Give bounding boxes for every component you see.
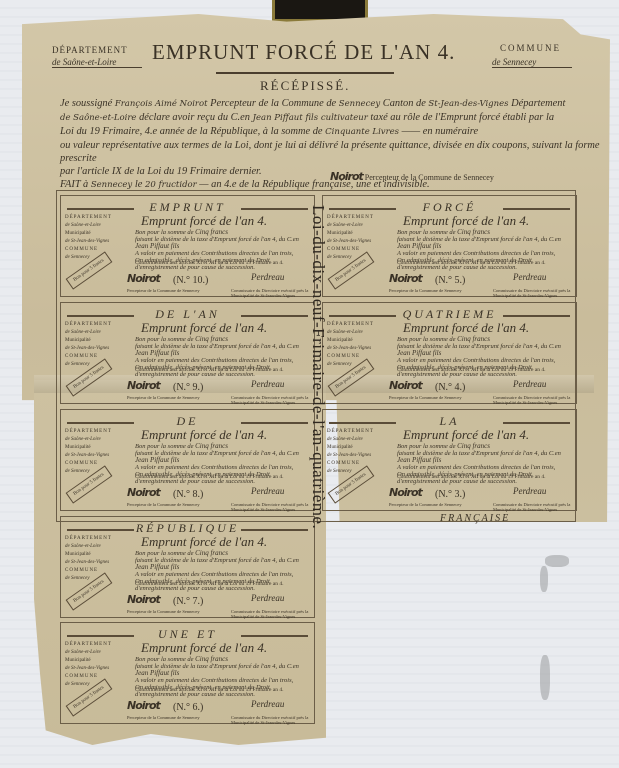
coupon-footer-left: Percepteur de la Commune de Sennecey xyxy=(127,609,200,614)
document-title: EMPRUNT FORCÉ DE L'AN 4. xyxy=(152,40,455,65)
coupon-footer-right: Commissaire du Directoire exécutif près … xyxy=(231,502,314,512)
document-subtitle: RÉCÉPISSÉ. xyxy=(260,78,350,94)
coupon-number: (N.° 4.) xyxy=(435,382,465,393)
coupon-commissioner-signature: Perdreau xyxy=(251,593,284,603)
coupon: DE Emprunt forcé de l'an 4. DÉPARTEMENTd… xyxy=(60,409,315,511)
coupon-location: DÉPARTEMENTde Saône-et-Loire Municipalit… xyxy=(65,214,129,262)
departement-label: DÉPARTEMENT xyxy=(52,45,128,55)
coupon-number: (N.° 6.) xyxy=(173,702,203,713)
coupon-title: Emprunt forcé de l'an 4. xyxy=(141,320,267,336)
coupon: QUATRIEME Emprunt forcé de l'an 4. DÉPAR… xyxy=(322,302,577,404)
coupon-location: DÉPARTEMENTde Saône-et-Loire Municipalit… xyxy=(65,535,129,583)
coupon: UNE ET Emprunt forcé de l'an 4. DÉPARTEM… xyxy=(60,622,315,724)
coupon-law-ref: Conformément aux articles XI et XII de l… xyxy=(135,474,283,480)
coupon-footer-right: Commissaire du Directoire exécutif près … xyxy=(231,609,314,619)
coupon-commissioner-signature: Perdreau xyxy=(251,486,284,496)
coupon-commissioner-signature: Perdreau xyxy=(513,486,546,496)
coupon-number: (N.° 8.) xyxy=(173,489,203,500)
coupon-footer-left: Percepteur de la Commune de Sennecey xyxy=(389,395,462,400)
coupon-collector-signature: Noirot xyxy=(127,379,160,392)
coupon-title: Emprunt forcé de l'an 4. xyxy=(403,213,529,229)
coupon-collector-signature: Noirot xyxy=(389,486,422,499)
coupon-footer-left: Percepteur de la Commune de Sennecey xyxy=(127,395,200,400)
coupon-collector-signature: Noirot xyxy=(127,486,160,499)
collector-signature: Noirot xyxy=(330,170,363,183)
coupon: RÉPUBLIQUE Emprunt forcé de l'an 4. DÉPA… xyxy=(60,516,315,618)
coupon-number: (N.° 9.) xyxy=(173,382,203,393)
coupon-title: Emprunt forcé de l'an 4. xyxy=(141,213,267,229)
coupon-collector-signature: Noirot xyxy=(127,699,160,712)
coupon-footer-left: Percepteur de la Commune de Sennecey xyxy=(127,715,200,720)
coupon-title: Emprunt forcé de l'an 4. xyxy=(403,427,529,443)
coupon-location: DÉPARTEMENTde Saône-et-Loire Municipalit… xyxy=(327,214,391,262)
partial-band-label: FRANÇAISE xyxy=(440,513,510,524)
coupon-law-ref: Conformément aux articles XI et XII de l… xyxy=(397,367,545,373)
stain-mark xyxy=(540,655,550,700)
coupon-collector-signature: Noirot xyxy=(389,272,422,285)
coupon-law-ref: Conformément aux articles XI et XII de l… xyxy=(397,260,545,266)
coupon-footer-right: Commissaire du Directoire exécutif près … xyxy=(493,288,576,298)
coupon-law-ref: Conformément aux articles XI et XII de l… xyxy=(135,260,283,266)
collector-signature-line: Noirot Percepteur de la Commune de Senne… xyxy=(330,170,494,183)
departement-handwritten: de Saône-et-Loire xyxy=(52,57,142,68)
coupon-location: DÉPARTEMENTde Saône-et-Loire Municipalit… xyxy=(327,321,391,369)
coupon-title: Emprunt forcé de l'an 4. xyxy=(141,534,267,550)
coupon-commissioner-signature: Perdreau xyxy=(513,272,546,282)
coupon-title: Emprunt forcé de l'an 4. xyxy=(141,427,267,443)
coupon-commissioner-signature: Perdreau xyxy=(513,379,546,389)
coupon: FORCÉ Emprunt forcé de l'an 4. DÉPARTEME… xyxy=(322,195,577,297)
coupon-number: (N.° 5.) xyxy=(435,275,465,286)
coupon-footer-right: Commissaire du Directoire exécutif près … xyxy=(493,395,576,405)
coupon-number: (N.° 10.) xyxy=(173,275,208,286)
tape-residue xyxy=(545,555,569,567)
coupon-location: DÉPARTEMENTde Saône-et-Loire Municipalit… xyxy=(65,428,129,476)
coupon-footer-left: Percepteur de la Commune de Sennecey xyxy=(389,288,462,293)
coupon-location: DÉPARTEMENTde Saône-et-Loire Municipalit… xyxy=(327,428,391,476)
coupon-location: DÉPARTEMENTde Saône-et-Loire Municipalit… xyxy=(65,321,129,369)
commune-handwritten: de Sennecey xyxy=(492,57,572,68)
coupon-location: DÉPARTEMENTde Saône-et-Loire Municipalit… xyxy=(65,641,129,689)
coupon-number: (N.° 7.) xyxy=(173,596,203,607)
coupon: LA Emprunt forcé de l'an 4. DÉPARTEMENTd… xyxy=(322,409,577,511)
coupon: EMPRUNT Emprunt forcé de l'an 4. DÉPARTE… xyxy=(60,195,315,297)
coupon-law-ref: Conformément aux articles XI et XII de l… xyxy=(135,581,283,587)
vertical-law-text: Loi-du-dix-neuf-Frimaire-de-l'an-quatriè… xyxy=(308,205,328,725)
coupon-footer-right: Commissaire du Directoire exécutif près … xyxy=(493,502,576,512)
coupon-commissioner-signature: Perdreau xyxy=(251,699,284,709)
coupon: DE L'AN Emprunt forcé de l'an 4. DÉPARTE… xyxy=(60,302,315,404)
coupon-title: Emprunt forcé de l'an 4. xyxy=(403,320,529,336)
coupon-commissioner-signature: Perdreau xyxy=(251,379,284,389)
coupon-footer-right: Commissaire du Directoire exécutif près … xyxy=(231,395,314,405)
stain-mark xyxy=(540,566,548,592)
coupon-collector-signature: Noirot xyxy=(389,379,422,392)
coupon-commissioner-signature: Perdreau xyxy=(251,272,284,282)
coupon-footer-left: Percepteur de la Commune de Sennecey xyxy=(389,502,462,507)
coupon-collector-signature: Noirot xyxy=(127,593,160,606)
coupon-law-ref: Conformément aux articles XI et XII de l… xyxy=(135,687,283,693)
coupon-title: Emprunt forcé de l'an 4. xyxy=(141,640,267,656)
commune-label: COMMUNE xyxy=(500,43,561,53)
coupon-footer-left: Percepteur de la Commune de Sennecey xyxy=(127,288,200,293)
coupon-collector-signature: Noirot xyxy=(127,272,160,285)
coupon-law-ref: Conformément aux articles XI et XII de l… xyxy=(397,474,545,480)
coupon-footer-left: Percepteur de la Commune de Sennecey xyxy=(127,502,200,507)
coupon-footer-right: Commissaire du Directoire exécutif près … xyxy=(231,288,314,298)
title-rule xyxy=(216,72,394,75)
coupon-number: (N.° 3.) xyxy=(435,489,465,500)
coupon-law-ref: Conformément aux articles XI et XII de l… xyxy=(135,367,283,373)
coupon-footer-right: Commissaire du Directoire exécutif près … xyxy=(231,715,314,725)
